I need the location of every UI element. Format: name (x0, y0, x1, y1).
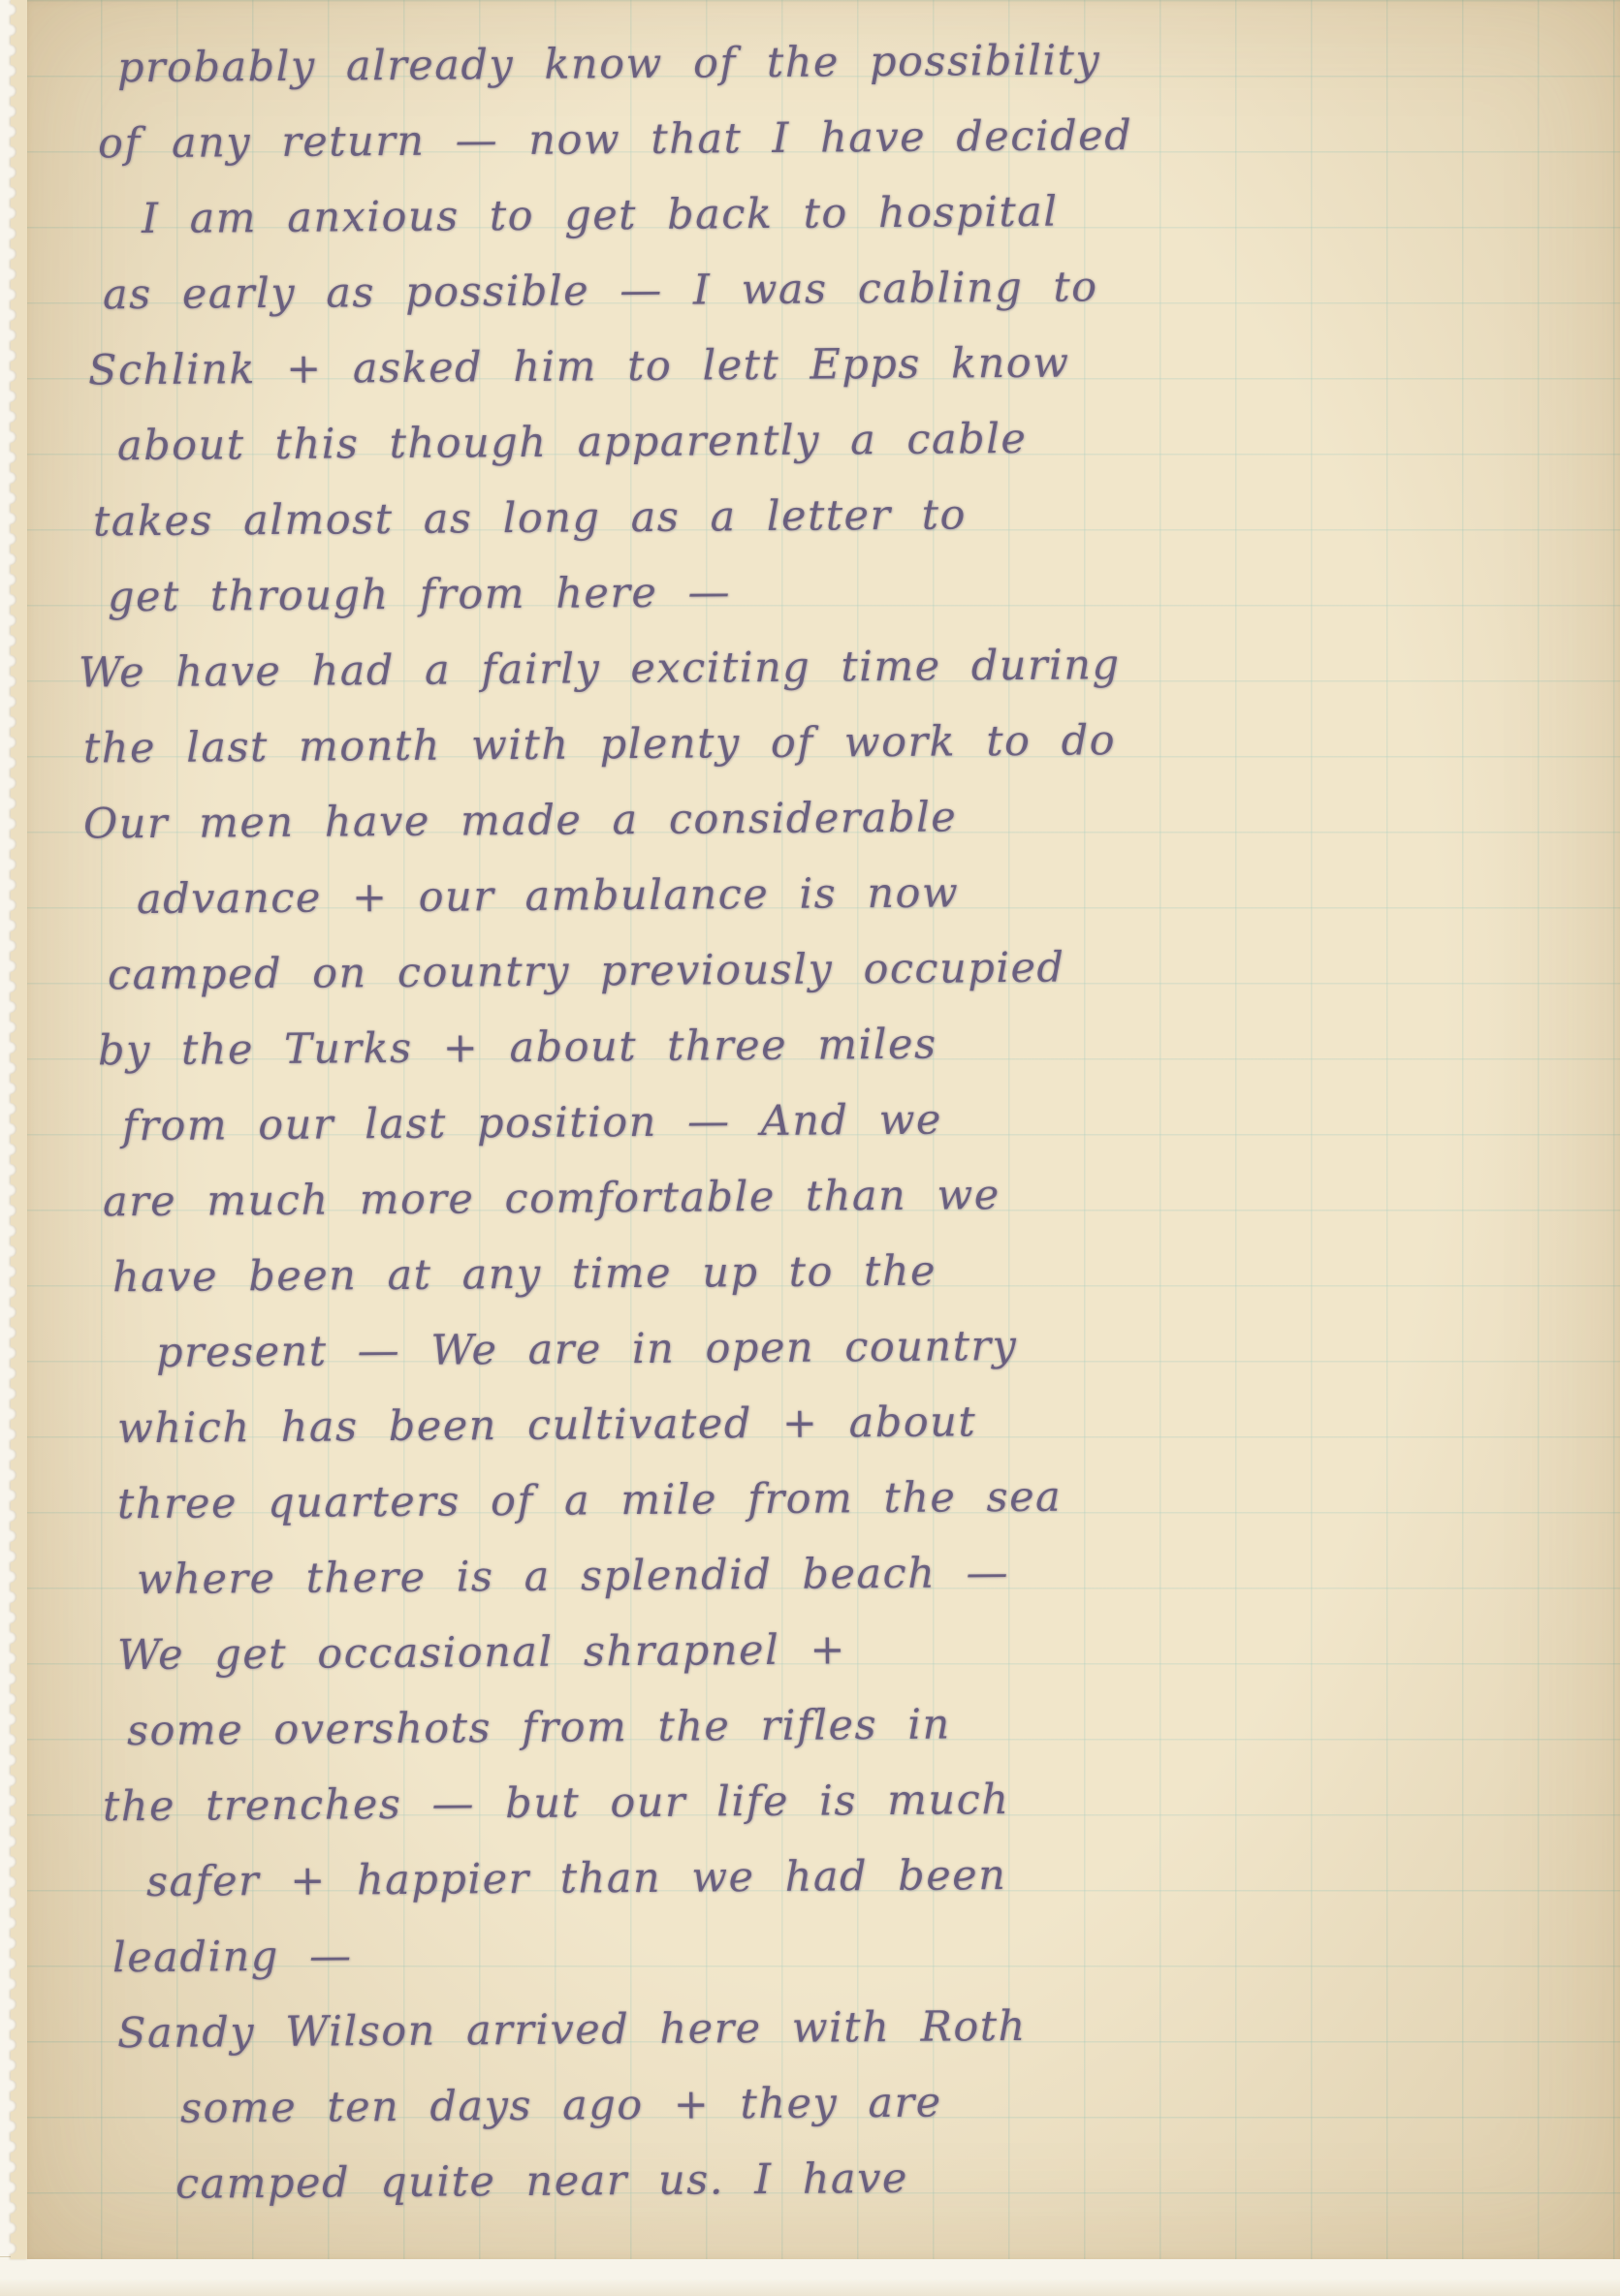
squared-paper (25, 0, 1620, 2259)
backing-strip (0, 2256, 1620, 2296)
letter-page: probably already know of the possibility… (0, 0, 1620, 2296)
torn-left-edge (11, 0, 27, 2259)
